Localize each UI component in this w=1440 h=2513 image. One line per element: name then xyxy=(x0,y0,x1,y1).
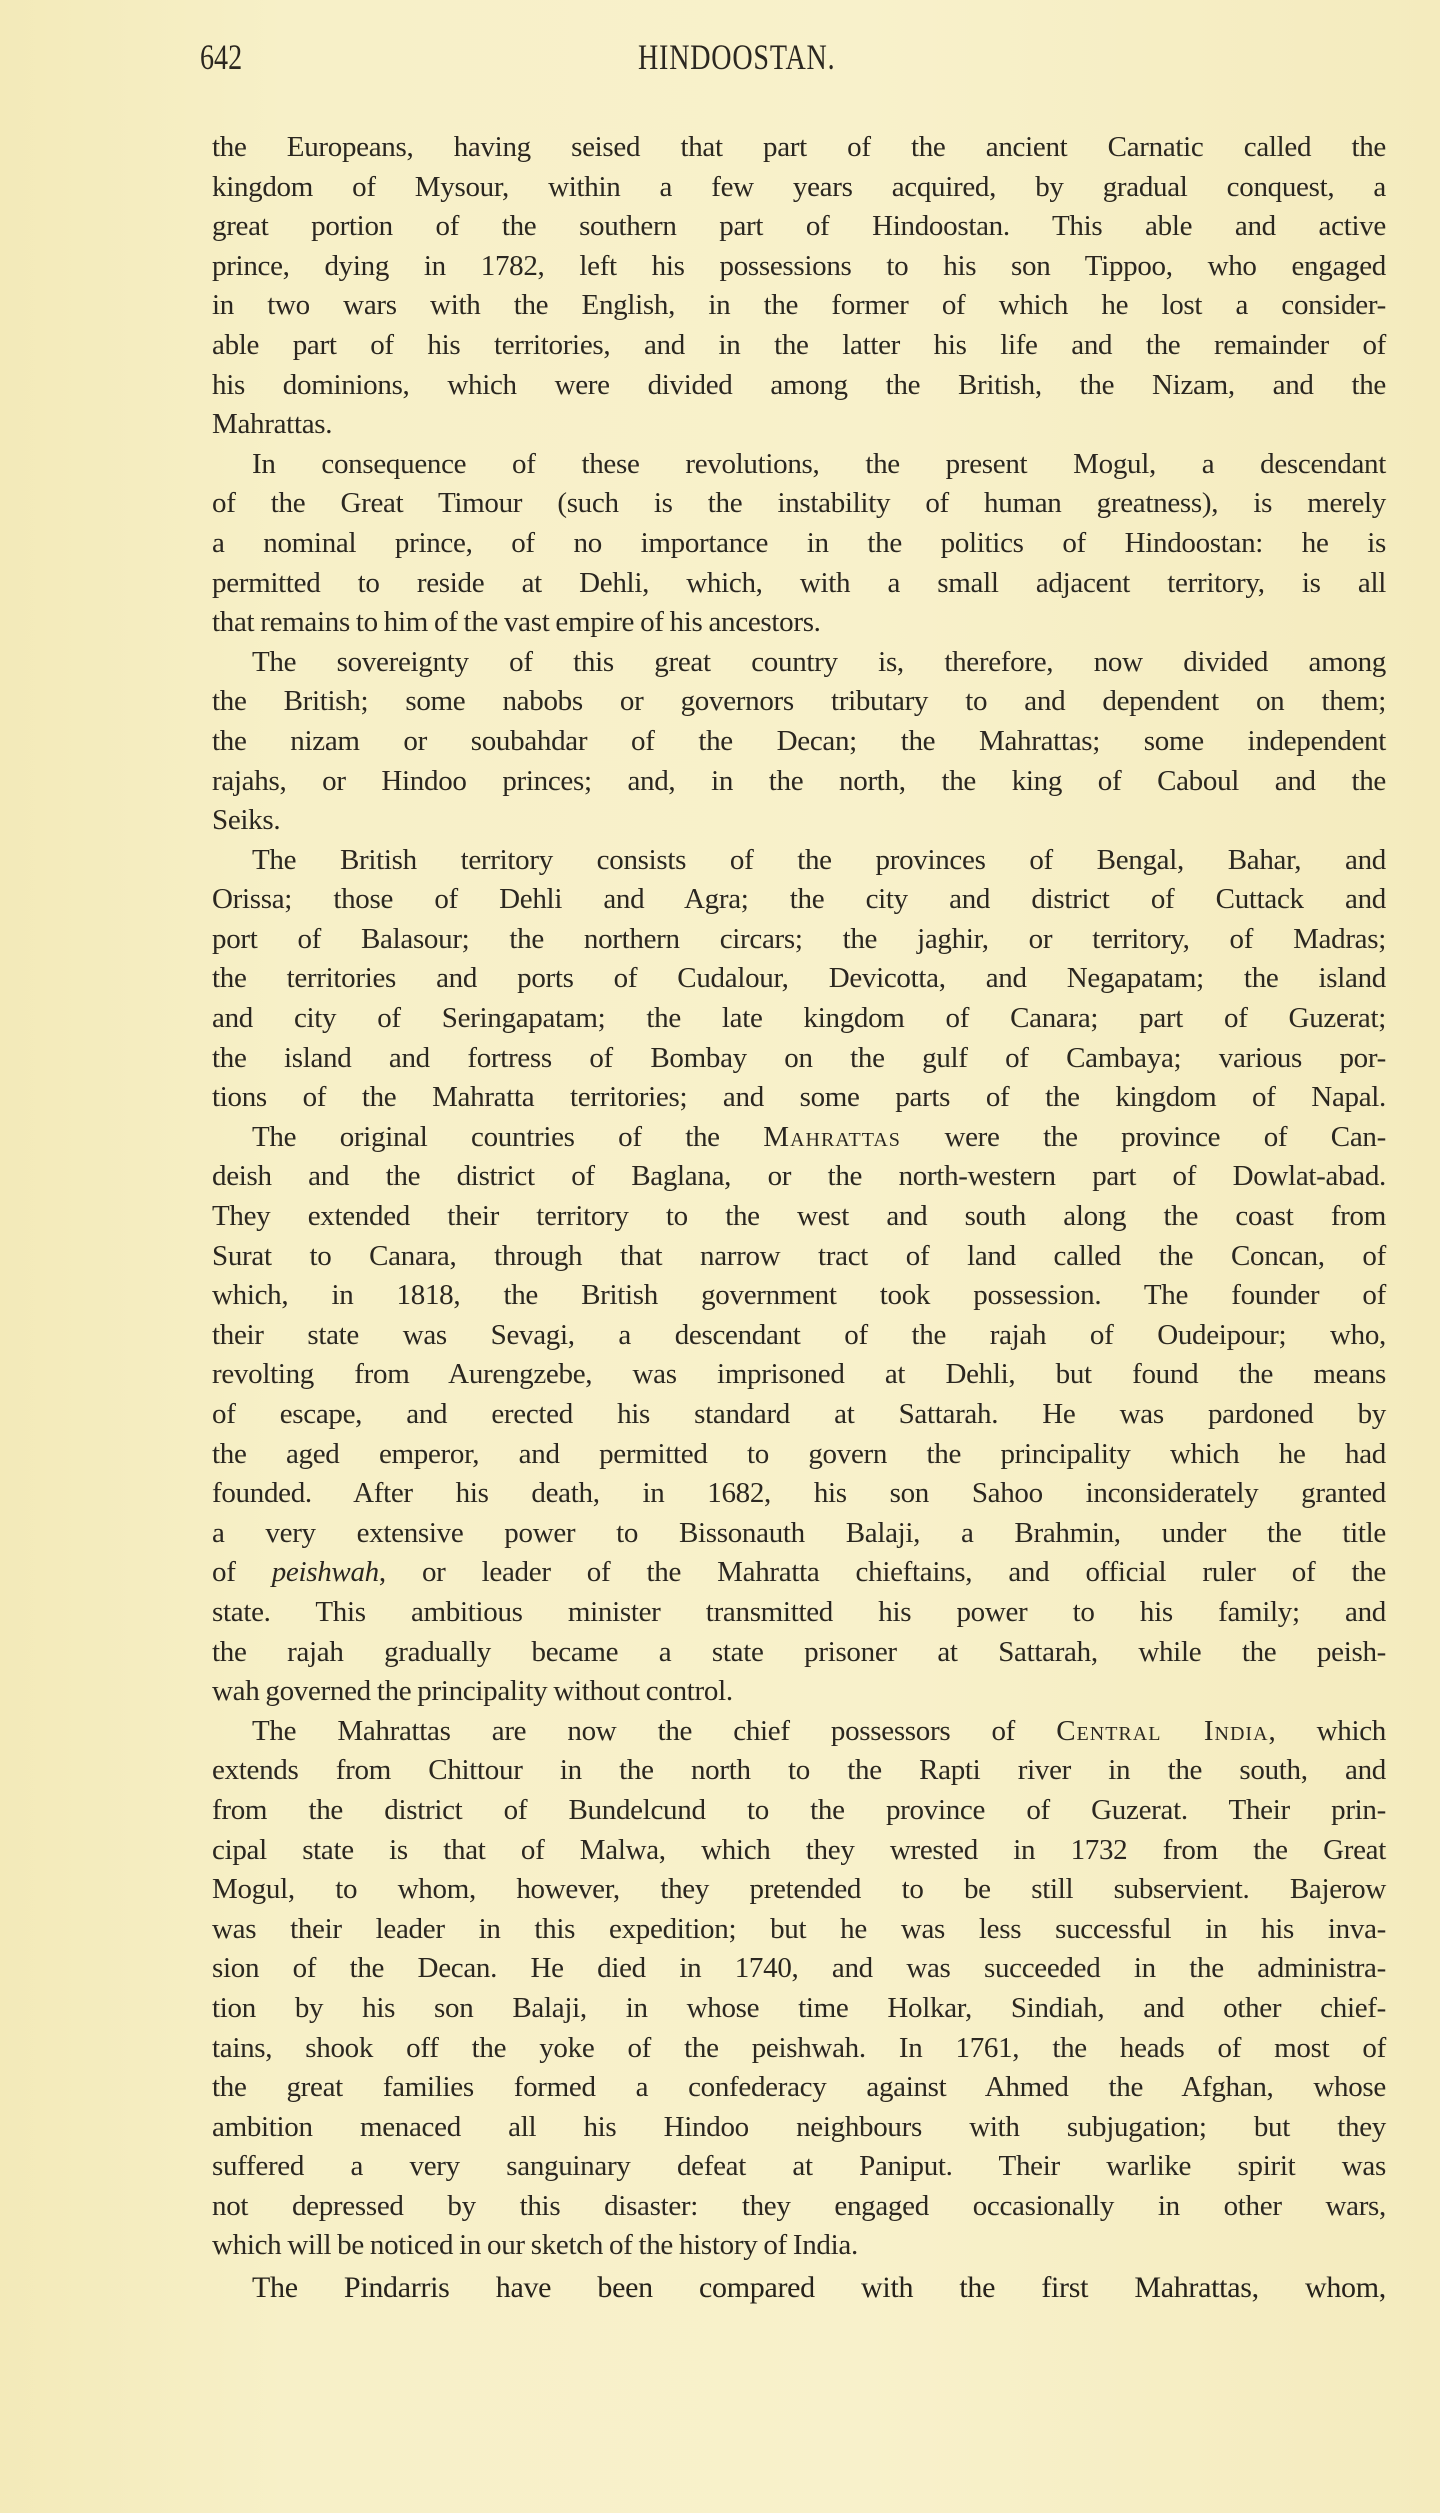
text-line: Orissa; those of Dehli and Agra; the cit… xyxy=(212,880,1386,920)
paragraph-british-territory: The British territory consists of the pr… xyxy=(212,841,1386,1118)
text-line: prince, dying in 1782, left his possessi… xyxy=(212,247,1386,287)
text-line: not depressed by this disaster: they eng… xyxy=(212,2187,1386,2227)
page-number: 642 xyxy=(200,36,242,78)
text-line: The Mahrattas are now the chief possesso… xyxy=(212,1712,1386,1752)
text-line: founded. After his death, in 1682, his s… xyxy=(212,1474,1386,1514)
paragraph-sovereignty: The sovereignty of this great country is… xyxy=(212,643,1386,841)
text-line: extends from Chittour in the north to th… xyxy=(212,1751,1386,1791)
body-text: the Europeans, having seised that part o… xyxy=(212,128,1386,2308)
text-line: port of Balasour; the northern circars; … xyxy=(212,920,1386,960)
text-line: was their leader in this expedition; but… xyxy=(212,1910,1386,1950)
text-line: Seiks. xyxy=(212,801,1386,841)
text-line: Surat to Canara, through that narrow tra… xyxy=(212,1237,1386,1277)
text-line: The Pindarris have been compared with th… xyxy=(212,2268,1386,2308)
paragraph-mahrattas-origin: The original countries of the Mahrattas … xyxy=(212,1118,1386,1712)
paragraph-pindarris: The Pindarris have been compared with th… xyxy=(212,2268,1386,2308)
small-caps-term: Mahrattas xyxy=(763,1121,901,1153)
text-line: from the district of Bundelcund to the p… xyxy=(212,1791,1386,1831)
text-line: the island and fortress of Bombay on the… xyxy=(212,1039,1386,1079)
text-line: Mogul, to whom, however, they pretended … xyxy=(212,1870,1386,1910)
text-line: sion of the Decan. He died in 1740, and … xyxy=(212,1949,1386,1989)
text-line: ambition menaced all his Hindoo neighbou… xyxy=(212,2108,1386,2148)
text-line: the nizam or soubahdar of the Decan; the… xyxy=(212,722,1386,762)
text-line: permitted to reside at Dehli, which, wit… xyxy=(212,564,1386,604)
paragraph-central-india: The Mahrattas are now the chief possesso… xyxy=(212,1712,1386,2266)
text-line: of the Great Timour (such is the instabi… xyxy=(212,484,1386,524)
text-line: the British; some nabobs or governors tr… xyxy=(212,682,1386,722)
text-line: the great families formed a confederacy … xyxy=(212,2068,1386,2108)
text-line: which will be noticed in our sketch of t… xyxy=(212,2226,1386,2266)
text-line: of escape, and erected his standard at S… xyxy=(212,1395,1386,1435)
text-line: wah governed the principality without co… xyxy=(212,1672,1386,1712)
text-line: which, in 1818, the British government t… xyxy=(212,1276,1386,1316)
text-line: a very extensive power to Bissonauth Bal… xyxy=(212,1514,1386,1554)
text-line: that remains to him of the vast empire o… xyxy=(212,603,1386,643)
running-head: 642 HINDOOSTAN. xyxy=(200,36,1200,86)
text-line: the Europeans, having seised that part o… xyxy=(212,128,1386,168)
text-line: of peishwah, or leader of the Mahratta c… xyxy=(212,1553,1386,1593)
text-line: In consequence of these revolutions, the… xyxy=(212,445,1386,485)
text-line: their state was Sevagi, a descendant of … xyxy=(212,1316,1386,1356)
small-caps-term: Central India xyxy=(1056,1715,1268,1747)
italic-term: peishwah xyxy=(272,1556,379,1588)
paragraph-mysour: the Europeans, having seised that part o… xyxy=(212,128,1386,445)
text-line: Mahrattas. xyxy=(212,405,1386,445)
text-line: the aged emperor, and permitted to gover… xyxy=(212,1435,1386,1475)
text-line: The original countries of the Mahrattas … xyxy=(212,1118,1386,1158)
text-line: tains, shook off the yoke of the peishwa… xyxy=(212,2029,1386,2069)
text-line: suffered a very sanguinary defeat at Pan… xyxy=(212,2147,1386,2187)
text-line: kingdom of Mysour, within a few years ac… xyxy=(212,168,1386,208)
text-line: a nominal prince, of no importance in th… xyxy=(212,524,1386,564)
text-line: the rajah gradually became a state priso… xyxy=(212,1633,1386,1673)
text-line: tion by his son Balaji, in whose time Ho… xyxy=(212,1989,1386,2029)
text-line: deish and the district of Baglana, or th… xyxy=(212,1157,1386,1197)
text-line: in two wars with the English, in the for… xyxy=(212,286,1386,326)
text-line: rajahs, or Hindoo princes; and, in the n… xyxy=(212,762,1386,802)
text-line: cipal state is that of Malwa, which they… xyxy=(212,1831,1386,1871)
text-line: They extended their territory to the wes… xyxy=(212,1197,1386,1237)
text-line: tions of the Mahratta territories; and s… xyxy=(212,1078,1386,1118)
text-line: able part of his territories, and in the… xyxy=(212,326,1386,366)
running-title: HINDOOSTAN. xyxy=(638,36,835,78)
text-line: great portion of the southern part of Hi… xyxy=(212,207,1386,247)
paragraph-mogul: In consequence of these revolutions, the… xyxy=(212,445,1386,643)
text-line: state. This ambitious minister transmitt… xyxy=(212,1593,1386,1633)
text-line: The sovereignty of this great country is… xyxy=(212,643,1386,683)
text-line: The British territory consists of the pr… xyxy=(212,841,1386,881)
text-line: and city of Seringapatam; the late kingd… xyxy=(212,999,1386,1039)
book-page: 642 HINDOOSTAN. the Europeans, having se… xyxy=(0,0,1440,2513)
text-line: revolting from Aurengzebe, was imprisone… xyxy=(212,1355,1386,1395)
text-line: his dominions, which were divided among … xyxy=(212,366,1386,406)
text-line: the territories and ports of Cudalour, D… xyxy=(212,959,1386,999)
